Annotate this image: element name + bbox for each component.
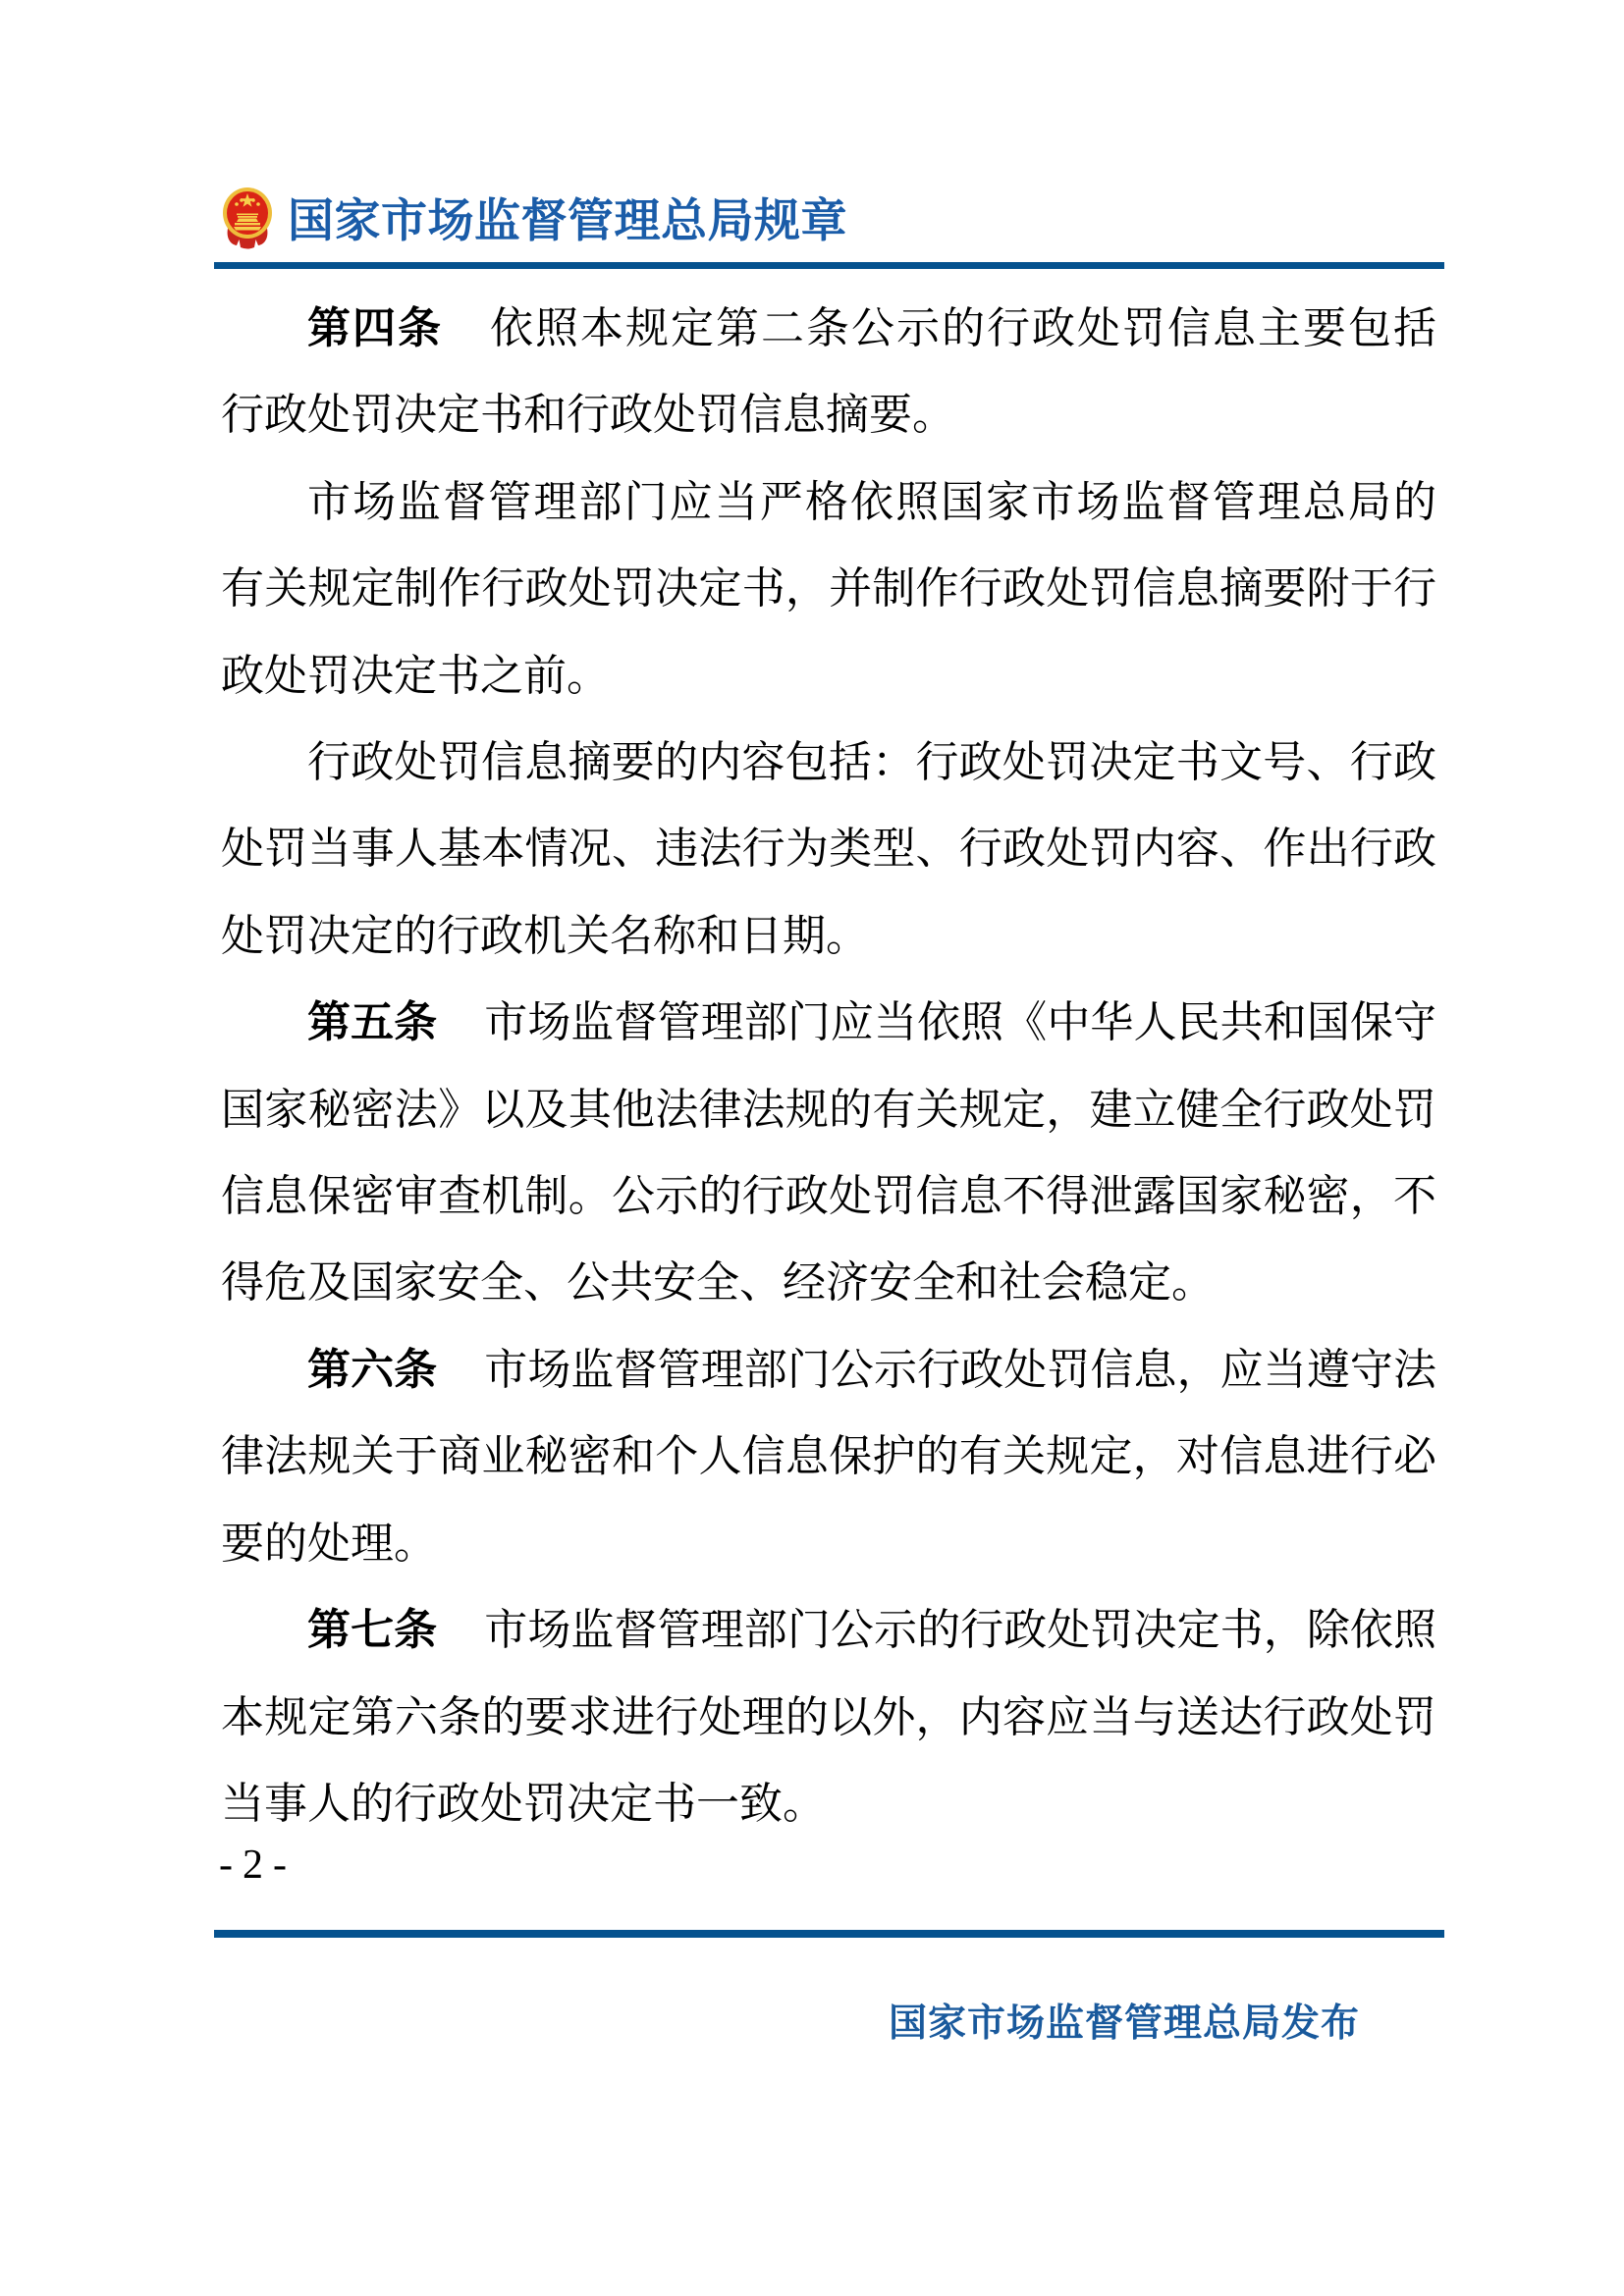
article-number: 第五条 xyxy=(307,998,437,1046)
body-line: 国家秘密法》以及其他法律法规的有关规定，建立健全行政处罚 xyxy=(221,1067,1436,1153)
body-line: 律法规关于商业秘密和个人信息保护的有关规定，对信息进行必 xyxy=(221,1414,1436,1500)
body-line: 市场监督管理部门应当严格依照国家市场监督管理总局的 xyxy=(221,459,1436,546)
page-title: 国家市场监督管理总局规章 xyxy=(288,187,847,248)
document-body: 第四条依照本规定第二条公示的行政处罚信息主要包括行政处罚决定书和行政处罚信息摘要… xyxy=(221,286,1436,1847)
body-line: 第六条市场监督管理部门公示行政处罚信息，应当遵守法 xyxy=(221,1327,1436,1414)
body-line: 第七条市场监督管理部门公示的行政处罚决定书，除依照 xyxy=(221,1587,1436,1674)
china-national-emblem-icon xyxy=(222,187,273,249)
footer-rule xyxy=(214,1930,1444,1938)
body-line: 处罚决定的行政机关名称和日期。 xyxy=(221,893,1436,980)
body-line: 信息保密审查机制。公示的行政处罚信息不得泄露国家秘密，不 xyxy=(221,1153,1436,1240)
page-number: -2- xyxy=(219,1842,297,1889)
article-number: 第六条 xyxy=(307,1346,437,1394)
body-line: 得危及国家安全、公共安全、经济安全和社会稳定。 xyxy=(221,1240,1436,1326)
body-line: 第四条依照本规定第二条公示的行政处罚信息主要包括 xyxy=(221,286,1436,372)
body-line: 处罚当事人基本情况、违法行为类型、行政处罚内容、作出行政 xyxy=(221,806,1436,892)
body-line: 有关规定制作行政处罚决定书，并制作行政处罚信息摘要附于行 xyxy=(221,546,1436,632)
header-rule xyxy=(214,262,1444,269)
body-line: 行政处罚信息摘要的内容包括：行政处罚决定书文号、行政 xyxy=(221,720,1436,806)
article-number: 第四条 xyxy=(307,304,443,352)
body-line: 当事人的行政处罚决定书一致。 xyxy=(221,1761,1436,1847)
body-line: 行政处罚决定书和行政处罚信息摘要。 xyxy=(221,372,1436,458)
body-line: 政处罚决定书之前。 xyxy=(221,633,1436,720)
body-line: 本规定第六条的要求进行处理的以外，内容应当与送达行政处罚 xyxy=(221,1675,1436,1761)
footer-publisher: 国家市场监督管理总局发布 xyxy=(889,1993,1360,2048)
body-line: 第五条市场监督管理部门应当依照《中华人民共和国保守 xyxy=(221,980,1436,1066)
document-page: 国家市场监督管理总局规章 第四条依照本规定第二条公示的行政处罚信息主要包括行政处… xyxy=(0,0,1624,2296)
body-line: 要的处理。 xyxy=(221,1501,1436,1587)
article-number: 第七条 xyxy=(307,1606,437,1654)
